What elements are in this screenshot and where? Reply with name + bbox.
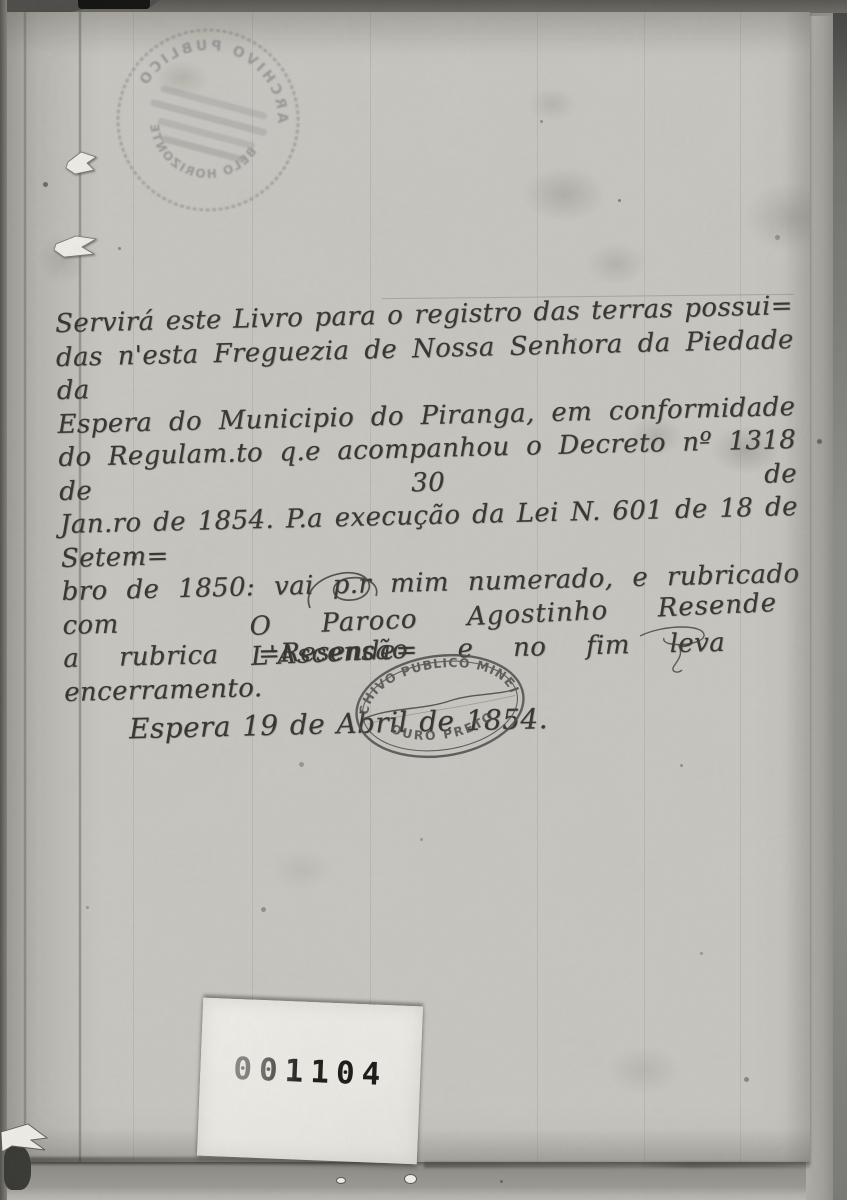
ghost-stamp-top-text: ARCHIVO PUBLICO [134,20,307,128]
book-spine-edge [0,0,7,1200]
inventory-number: 001104 [200,1050,421,1095]
oval-stamp-bottom-text: OURO PRETO [387,707,500,750]
page-edge-shadow [424,1162,810,1168]
scan-margin-right [833,0,847,1200]
pen-scribble [362,688,520,719]
torn-paper-fragments [44,140,114,270]
paper-specks [0,0,3,3]
signature-flourish [634,620,724,676]
svg-text:ARCHIVO PUBLICO: ARCHIVO PUBLICO [134,20,307,128]
gutter-fold-line [24,12,26,1162]
binding-dark-mark [78,0,150,9]
manuscript-page: ARCHIVO PUBLICO BELO HORIZONTE [4,12,810,1162]
inventory-label-card: 001104 [197,998,423,1165]
svg-text:ARCHIVO PUBLICO MINEIRO: ARCHIVO PUBLICO MINEIRO [352,650,523,719]
archive-oval-stamp: ARCHIVO PUBLICO MINEIRO OURO PRETO [352,650,528,762]
mirrored-archive-stamp: ARCHIVO PUBLICO BELO HORIZONTE [90,20,326,220]
svg-text:OURO PRETO: OURO PRETO [387,707,500,750]
debris-light [336,1177,346,1184]
underlying-pages-edge [806,16,834,1200]
debris-light [404,1174,417,1184]
oval-stamp-top-text: ARCHIVO PUBLICO MINEIRO [352,650,523,719]
scanned-manuscript: ARCHIVO PUBLICO BELO HORIZONTE [0,0,847,1200]
paper-sliver [0,1118,60,1162]
